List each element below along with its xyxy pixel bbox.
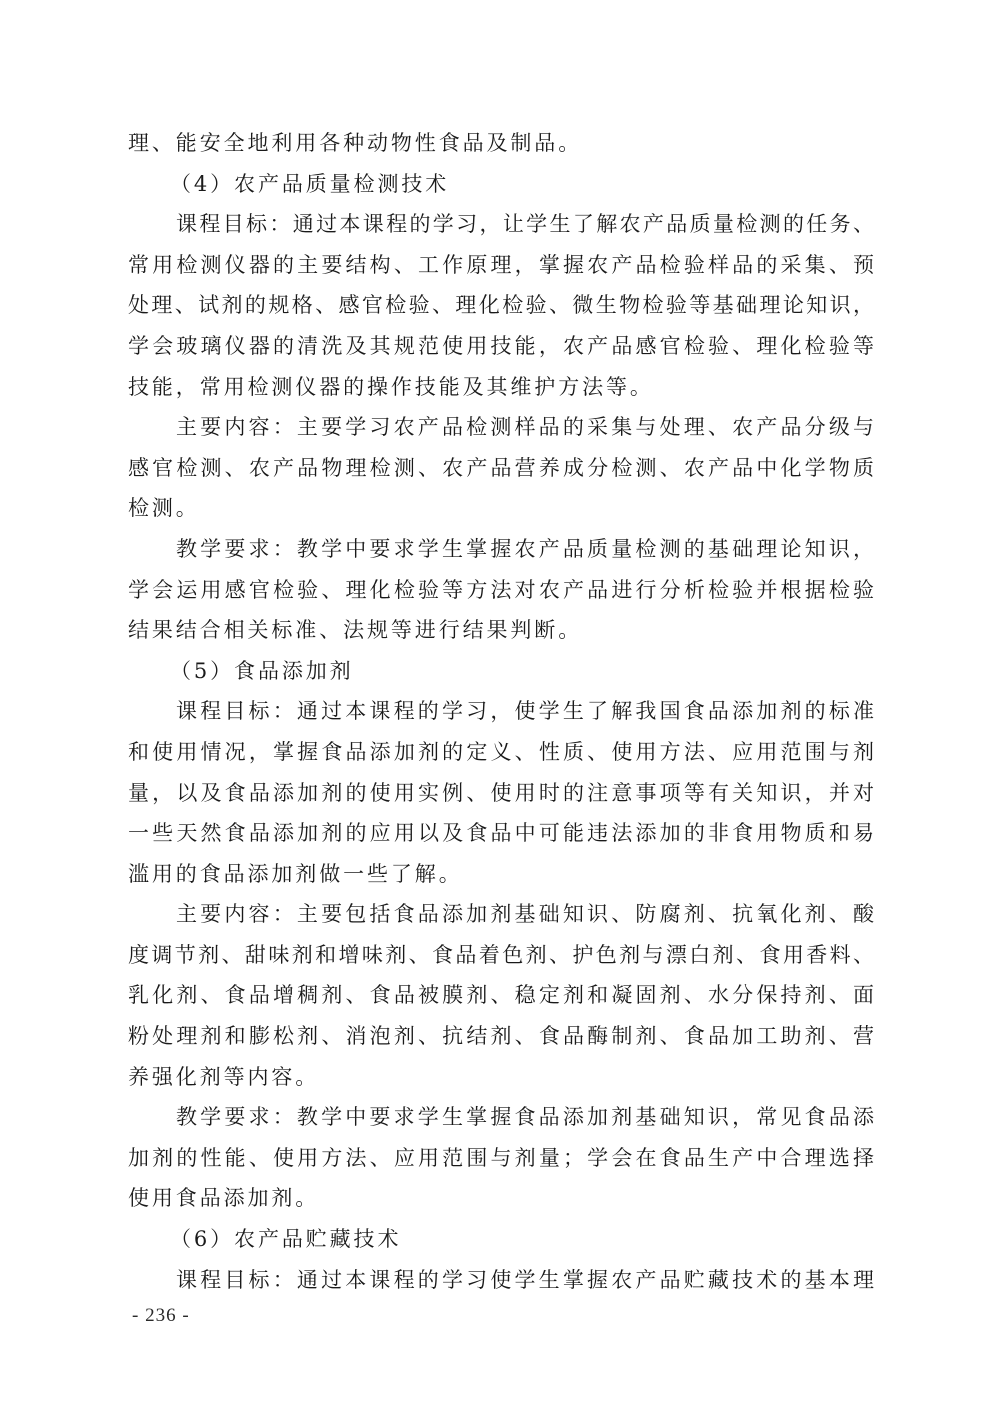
section-heading-6: （6）农产品贮藏技术 bbox=[128, 1219, 874, 1260]
text-line: 滥用的食品添加剂做一些了解。 bbox=[128, 854, 874, 895]
text-line: 学会玻璃仪器的清洗及其规范使用技能，农产品感官检验、理化检验等 bbox=[128, 326, 874, 367]
text-line: 常用检测仪器的主要结构、工作原理，掌握农产品检验样品的采集、预 bbox=[128, 245, 874, 286]
text-line: 主要内容：主要包括食品添加剂基础知识、防腐剂、抗氧化剂、酸 bbox=[128, 894, 874, 935]
text-line: 课程目标：通过本课程的学习，使学生了解我国食品添加剂的标准 bbox=[128, 691, 874, 732]
text-line: 使用食品添加剂。 bbox=[128, 1178, 874, 1219]
text-line: 感官检测、农产品物理检测、农产品营养成分检测、农产品中化学物质 bbox=[128, 448, 874, 489]
text-line: 检测。 bbox=[128, 488, 874, 529]
text-line: 教学要求：教学中要求学生掌握食品添加剂基础知识，常见食品添 bbox=[128, 1097, 874, 1138]
text-line: 度调节剂、甜味剂和增味剂、食品着色剂、护色剂与漂白剂、食用香料、 bbox=[128, 935, 874, 976]
text-line: 课程目标：通过本课程的学习，让学生了解农产品质量检测的任务、 bbox=[128, 204, 874, 245]
text-line: 处理、试剂的规格、感官检验、理化检验、微生物检验等基础理论知识， bbox=[128, 285, 874, 326]
text-line: 主要内容：主要学习农产品检测样品的采集与处理、农产品分级与 bbox=[128, 407, 874, 448]
document-page: 理、能安全地利用各种动物性食品及制品。 （4）农产品质量检测技术 课程目标：通过… bbox=[0, 0, 1000, 1414]
body-text: 理、能安全地利用各种动物性食品及制品。 （4）农产品质量检测技术 课程目标：通过… bbox=[128, 123, 874, 1300]
text-line: 课程目标：通过本课程的学习使学生掌握农产品贮藏技术的基本理 bbox=[128, 1260, 874, 1301]
text-line: 量，以及食品添加剂的使用实例、使用时的注意事项等有关知识，并对 bbox=[128, 773, 874, 814]
text-line: 养强化剂等内容。 bbox=[128, 1057, 874, 1098]
text-line: 乳化剂、食品增稠剂、食品被膜剂、稳定剂和凝固剂、水分保持剂、面 bbox=[128, 975, 874, 1016]
section-heading-4: （4）农产品质量检测技术 bbox=[128, 164, 874, 205]
text-line: 结果结合相关标准、法规等进行结果判断。 bbox=[128, 610, 874, 651]
text-line: 学会运用感官检验、理化检验等方法对农产品进行分析检验并根据检验 bbox=[128, 570, 874, 611]
text-line: 粉处理剂和膨松剂、消泡剂、抗结剂、食品酶制剂、食品加工助剂、营 bbox=[128, 1016, 874, 1057]
text-line: 一些天然食品添加剂的应用以及食品中可能违法添加的非食用物质和易 bbox=[128, 813, 874, 854]
text-line: 理、能安全地利用各种动物性食品及制品。 bbox=[128, 123, 874, 164]
text-line: 教学要求：教学中要求学生掌握农产品质量检测的基础理论知识， bbox=[128, 529, 874, 570]
section-heading-5: （5）食品添加剂 bbox=[128, 651, 874, 692]
text-line: 加剂的性能、使用方法、应用范围与剂量；学会在食品生产中合理选择 bbox=[128, 1138, 874, 1179]
text-line: 和使用情况，掌握食品添加剂的定义、性质、使用方法、应用范围与剂 bbox=[128, 732, 874, 773]
page-number: - 236 - bbox=[132, 1305, 190, 1327]
text-line: 技能，常用检测仪器的操作技能及其维护方法等。 bbox=[128, 367, 874, 408]
